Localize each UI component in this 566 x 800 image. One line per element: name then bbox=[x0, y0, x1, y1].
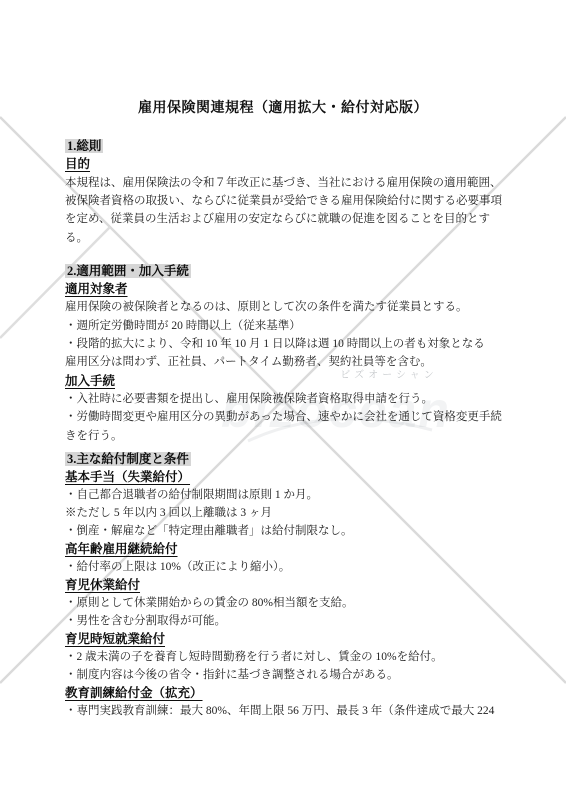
doc-text-line: 雇用区分は問わず、正社員、パートタイム勤務者、契約社員等を含む。 bbox=[65, 353, 511, 371]
doc-text-line: ・2 歳未満の子を養育し短時間勤務を行う者に対し、賃金の 10%を給付。 bbox=[65, 648, 511, 666]
doc-text-line: ・段階的拡大により、令和 10 年 10 月 1 日以降は週 10 時間以上の者… bbox=[65, 335, 511, 353]
doc-text-line: ・制度内容は今後の省令・指針に基づき調整される場合がある。 bbox=[65, 666, 511, 684]
doc-text-line: ※ただし 5 年以内 3 回以上離職は 3 ヶ月 bbox=[65, 504, 511, 522]
sub-heading: 目的 bbox=[65, 155, 511, 173]
document-title: 雇用保険関連規程（適用拡大・給付対応版） bbox=[0, 97, 566, 117]
doc-text-line: ・倒産・解雇など「特定理由離職者」は給付制限なし。 bbox=[65, 522, 511, 540]
doc-text-line: ・給付率の上限は 10%（改正により縮小）。 bbox=[65, 558, 511, 576]
doc-text-line: を定め、従業員の生活および雇用の安定ならびに就職の促進を図ることを目的とす bbox=[65, 210, 511, 228]
sub-heading: 適用対象者 bbox=[65, 280, 511, 298]
doc-text-line: 本規程は、雇用保険法の令和７年改正に基づき、当社における雇用保険の適用範囲、 bbox=[65, 174, 511, 192]
doc-text-line: る。 bbox=[65, 229, 511, 247]
doc-text-line: ・入社時に必要書類を提出し、雇用保険被保険者資格取得申請を行う。 bbox=[65, 390, 511, 408]
section-heading: 2.適用範囲・加入手続 bbox=[65, 262, 511, 280]
sub-heading: 育児時短就業給付 bbox=[65, 630, 511, 648]
doc-text-line: 雇用保険の被保険者となるのは、原則として次の条件を満たす従業員とする。 bbox=[65, 298, 511, 316]
doc-text-line: ・週所定労働時間が 20 時間以上（従来基準） bbox=[65, 317, 511, 335]
doc-text-line: きを行う。 bbox=[65, 427, 511, 445]
doc-text-line: ・専門実践教育訓練：最大 80%、年間上限 56 万円、最長 3 年（条件達成で… bbox=[65, 702, 511, 720]
sub-heading: 加入手続 bbox=[65, 372, 511, 390]
doc-text-line: ・男性を含む分割取得が可能。 bbox=[65, 612, 511, 630]
document-page: ビズオーシャン bizocean 雇用保険関連規程（適用拡大・給付対応版） 1.… bbox=[0, 0, 566, 800]
section-heading: 1.総則 bbox=[65, 137, 511, 155]
section-heading: 3.主な給付制度と条件 bbox=[65, 450, 511, 468]
doc-text-line: ・原則として休業開始からの賃金の 80%相当額を支給。 bbox=[65, 594, 511, 612]
sub-heading: 育児休業給付 bbox=[65, 576, 511, 594]
doc-text-line: ・労働時間変更や雇用区分の異動があった場合、速やかに会社を通じて資格変更手続 bbox=[65, 408, 511, 426]
sub-heading: 高年齢雇用継続給付 bbox=[65, 540, 511, 558]
sub-heading: 教育訓練給付金（拡充） bbox=[65, 684, 511, 702]
doc-text-line: 被保険者資格の取扱い、ならびに従業員が受給できる雇用保険給付に関する必要事項 bbox=[65, 192, 511, 210]
doc-text-line: ・自己都合退職者の給付制限期間は原則 1 か月。 bbox=[65, 486, 511, 504]
sub-heading: 基本手当（失業給付） bbox=[65, 468, 511, 486]
